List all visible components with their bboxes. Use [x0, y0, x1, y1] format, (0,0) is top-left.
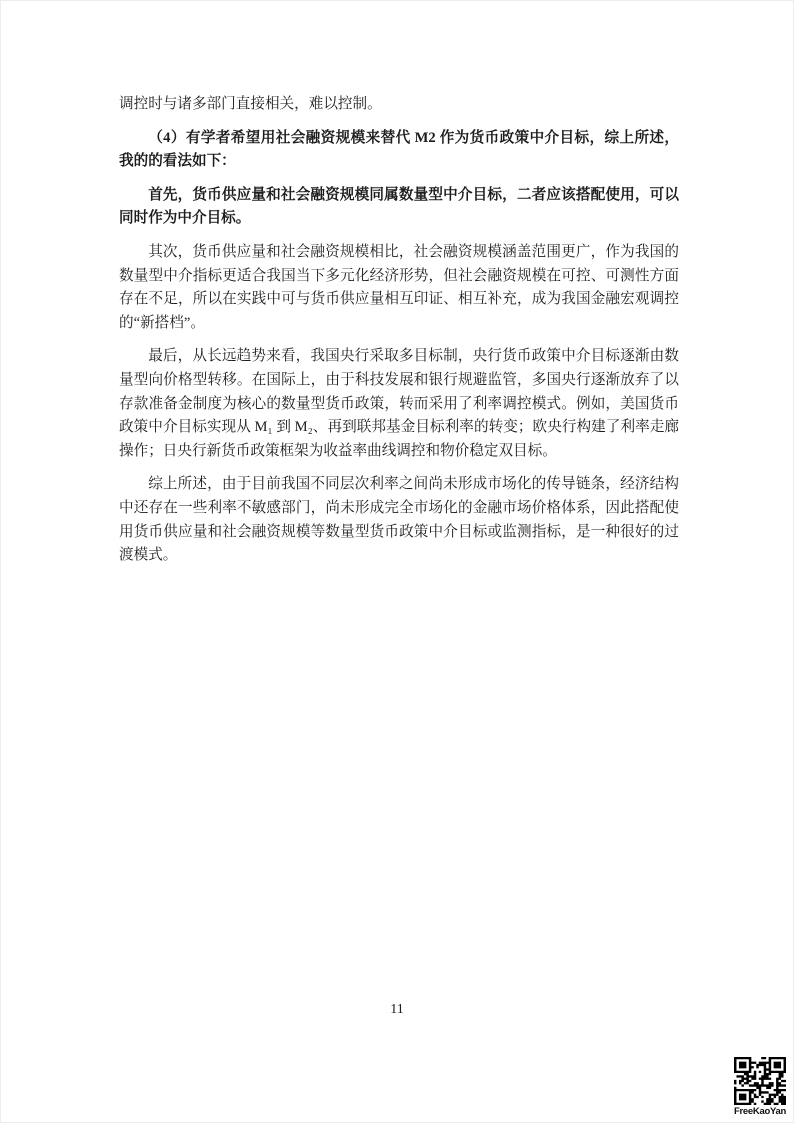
page-number: 11 [1, 1002, 793, 1018]
point-first-paragraph: 首先，货币供应量和社会融资规模同属数量型中介目标，二者应该搭配使用，可以同时作为… [119, 184, 679, 231]
continuation-paragraph: 调控时与诸多部门直接相关，难以控制。 [119, 93, 679, 117]
qr-code-icon [734, 1057, 786, 1105]
question-heading: （4）有学者希望用社会融资规模来替代 M2 作为货币政策中介目标，综上所述，我的… [119, 127, 679, 174]
qr-watermark: FreeKaoYan [728, 1057, 792, 1117]
conclusion-paragraph: 综上所述，由于目前我国不同层次利率之间尚未形成市场化的传导链条，经济结构中还存在… [119, 473, 679, 567]
document-page: 调控时与诸多部门直接相关，难以控制。 （4）有学者希望用社会融资规模来替代 M2… [0, 0, 794, 1123]
page-body: 调控时与诸多部门直接相关，难以控制。 （4）有学者希望用社会融资规模来替代 M2… [119, 93, 679, 578]
point-second-paragraph: 其次，货币供应量和社会融资规模相比，社会融资规模涵盖范围更广，作为我国的数量型中… [119, 241, 679, 335]
qr-watermark-label: FreeKaoYan [728, 1106, 792, 1117]
point-last-paragraph: 最后，从长远趋势来看，我国央行采取多目标制，央行货币政策中介目标逐渐由数量型向价… [119, 345, 679, 463]
